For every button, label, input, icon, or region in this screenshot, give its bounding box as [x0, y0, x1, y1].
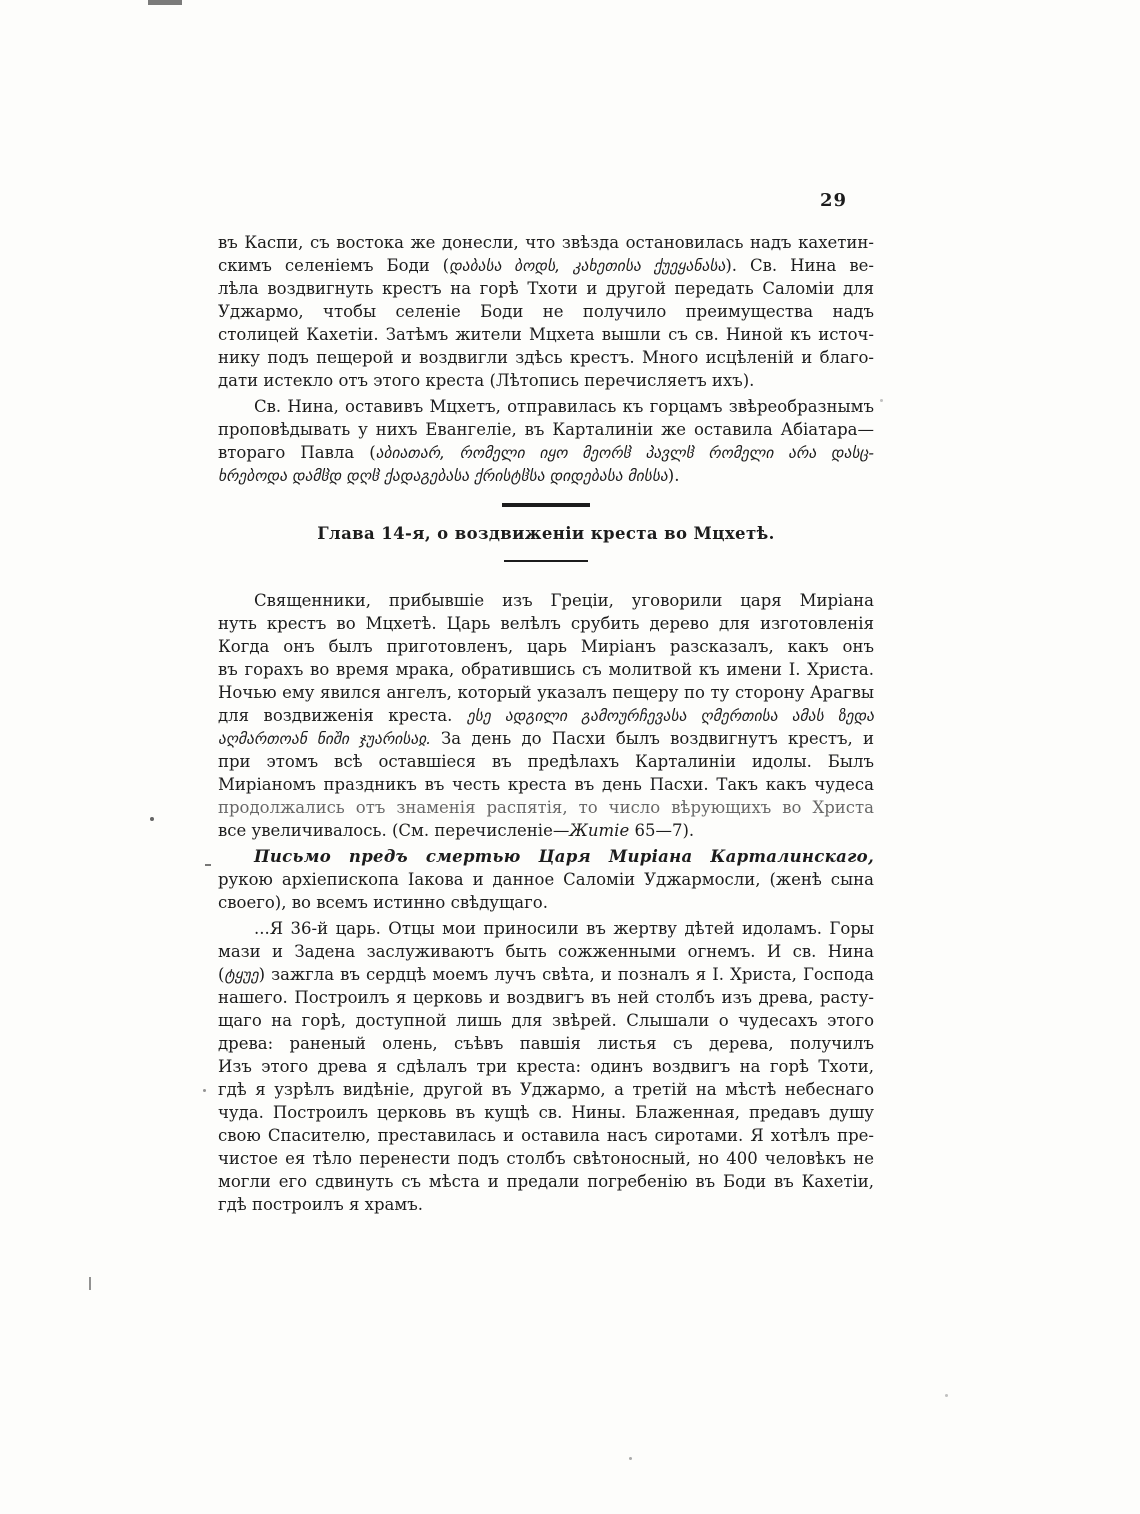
text-line: (ტყუე) зажгла въ сердцѣ моемъ лучъ свѣта…	[218, 963, 874, 986]
chapter-heading: Глава 14-я, о воздвиженіи креста во Мцхе…	[218, 522, 874, 545]
body-text: дати истекло отъ этого креста (Лѣтопись …	[218, 371, 754, 390]
paragraph-2: Св. Нина, оставивъ Мцхетъ, отправилась к…	[218, 395, 874, 487]
body-text: своего), во всемъ истинно свѣдущаго.	[218, 893, 548, 912]
text-line: Священники, прибывшіе изъ Греціи, уговор…	[218, 589, 874, 612]
text-line: гдѣ построилъ я храмъ.	[218, 1193, 874, 1216]
body-text: Св. Нина, оставивъ Мцхетъ, отправилась к…	[254, 397, 874, 416]
body-text: гдѣ построилъ я храмъ.	[218, 1195, 423, 1214]
emphasized-text: Житіе	[569, 821, 629, 840]
scan-dot-left-1	[150, 817, 154, 821]
body-text: при этомъ всѣ оставшіеся въ предѣлахъ Ка…	[218, 752, 874, 773]
body-text: древа: раненый олень, съѣвъ павшія листь…	[218, 1034, 874, 1055]
text-line: столицей Кахетіи. Затѣмъ жители Мцхета в…	[218, 323, 874, 346]
paragraph-1: въ Каспи, съ востока же донесли, что звѣ…	[218, 231, 874, 392]
scanned-book-page: { "page": { "number": "29", "background_…	[0, 0, 1140, 1514]
text-line: все увеличивалось. (См. перечисленіе—Жит…	[218, 819, 874, 842]
emphasized-text: Письмо предъ смертью Царя Миріана Картал…	[254, 847, 874, 866]
body-text: ) зажгла въ сердцѣ моемъ лучъ свѣта, и п…	[259, 965, 874, 984]
text-line: щаго на горѣ, доступной лишь для звѣрей.…	[218, 1009, 874, 1032]
body-text: могли его сдвинуть съ мѣста и предали по…	[218, 1172, 874, 1191]
body-text: все увеличивалось. (См. перечисленіе—	[218, 821, 569, 840]
text-line: нашего. Построилъ я церковь и воздвигъ в…	[218, 986, 874, 1009]
scan-dash-left	[205, 864, 211, 866]
body-text: въ Каспи, съ востока же донесли, что звѣ…	[218, 233, 874, 252]
body-text: нашего. Построилъ я церковь и воздвигъ в…	[218, 988, 874, 1007]
body-text: свою Спасителю, преставилась и оставила …	[218, 1126, 874, 1145]
scan-dot-right	[945, 1394, 948, 1397]
text-line: Ночью ему явился ангелъ, который указалъ…	[218, 681, 874, 704]
text-line: втораго Павла (აბიათარ, რომელი იყო მეორჱ…	[218, 441, 874, 464]
text-line: Миріаномъ праздникъ въ честь креста въ д…	[218, 773, 874, 796]
body-text: Уджармо, чтобы селеніе Боди не получило …	[218, 302, 874, 323]
text-line: въ Каспи, съ востока же донесли, что звѣ…	[218, 231, 874, 254]
text-line: нику подъ пещерой и воздвигли здѣсь крес…	[218, 346, 874, 369]
section-divider-thick	[502, 503, 590, 507]
body-text: 65—7).	[629, 821, 694, 840]
georgian-text: ტყუე	[224, 966, 258, 984]
paragraph-5: ...Я 36-й царь. Отцы мои приносили въ же…	[218, 917, 874, 1216]
text-line: Письмо предъ смертью Царя Миріана Картал…	[218, 845, 874, 868]
text-line: гдѣ я узрѣлъ видѣніе, другой въ Уджармо,…	[218, 1078, 874, 1101]
text-line: проповѣдывать у нихъ Евангеліе, въ Карта…	[218, 418, 874, 441]
body-text: нуть крестъ во Мцхетѣ. Царь велѣлъ сруби…	[218, 614, 874, 635]
body-text: ).	[668, 466, 680, 485]
body-text: Миріаномъ праздникъ въ честь креста въ д…	[218, 775, 874, 794]
scan-dot-left-2	[203, 1089, 206, 1092]
paragraph-4: Письмо предъ смертью Царя Миріана Картал…	[218, 845, 874, 914]
scan-dot-margin-r	[880, 399, 883, 402]
body-text: щаго на горѣ, доступной лишь для звѣрей.…	[218, 1011, 874, 1030]
text-line: აღმართოან ნიში ჯუარისაჲ. За день до Пасх…	[218, 727, 874, 750]
georgian-text: აღმართოან ნიში ჯუარისაჲ.	[218, 730, 441, 748]
text-line: въ горахъ во время мрака, обратившись съ…	[218, 658, 874, 681]
body-text: Изъ этого древа я сдѣлалъ три креста: од…	[218, 1057, 874, 1076]
text-line: лѣла воздвигнуть крестъ на горѣ Тхоти и …	[218, 277, 874, 300]
text-column: въ Каспи, съ востока же донесли, что звѣ…	[218, 231, 874, 1216]
text-line: древа: раненый олень, съѣвъ павшія листь…	[218, 1032, 874, 1055]
text-line: могли его сдвинуть съ мѣста и предали по…	[218, 1170, 874, 1193]
section-divider-thin	[504, 560, 588, 562]
body-text: скимъ селеніемъ Боди (	[218, 256, 449, 275]
text-line: Св. Нина, оставивъ Мцхетъ, отправилась к…	[218, 395, 874, 418]
body-text: втораго Павла (	[218, 443, 376, 462]
body-text: рукою архіепископа Іакова и данное Салом…	[218, 870, 874, 889]
text-line: скимъ селеніемъ Боди (დაბასა ბოდს, კახეთ…	[218, 254, 874, 277]
body-text: гдѣ я узрѣлъ видѣніе, другой въ Уджармо,…	[218, 1080, 874, 1099]
paragraph-3: Священники, прибывшіе изъ Греціи, уговор…	[218, 589, 874, 842]
georgian-text: დაბასა ბოდს, კახეთისა ქუეყანასა	[449, 257, 725, 275]
body-text: чуда. Построилъ церковь въ кущѣ св. Нины…	[218, 1103, 874, 1122]
page-number: 29	[820, 190, 847, 211]
body-text: Ночью ему явился ангелъ, который указалъ…	[218, 683, 874, 702]
text-line: нуть крестъ во Мцхетѣ. Царь велѣлъ сруби…	[218, 612, 874, 635]
scan-dot-bottom	[629, 1457, 632, 1460]
georgian-text: აბიათარ, რომელი იყო მეორჱ პავლჱ რომელი ა…	[376, 444, 874, 462]
text-line: для воздвиженія креста. ესე ადგილი გამოუ…	[218, 704, 874, 727]
body-text: За день до Пасхи былъ воздвигнутъ крестъ…	[441, 729, 874, 748]
text-line: дати истекло отъ этого креста (Лѣтопись …	[218, 369, 874, 392]
text-line: чуда. Построилъ церковь въ кущѣ св. Нины…	[218, 1101, 874, 1124]
scan-smudge-top	[148, 0, 182, 5]
body-text: мази и Задена заслуживаютъ быть сожженны…	[218, 942, 874, 963]
text-line: продолжались отъ знаменія распятія, то ч…	[218, 796, 874, 819]
body-text: столицей Кахетіи. Затѣмъ жители Мцхета в…	[218, 325, 874, 344]
georgian-text: ესე ადგილი გამოურჩევასა ღმერთისა ამას ზე…	[467, 707, 874, 725]
text-line: чистое ея тѣло перенести подъ столбъ свѣ…	[218, 1147, 874, 1170]
text-line: при этомъ всѣ оставшіеся въ предѣлахъ Ка…	[218, 750, 874, 773]
text-line: мази и Задена заслуживаютъ быть сожженны…	[218, 940, 874, 963]
text-line: свою Спасителю, преставилась и оставила …	[218, 1124, 874, 1147]
body-text: Священники, прибывшіе изъ Греціи, уговор…	[218, 591, 874, 612]
body-text: лѣла воздвигнуть крестъ на горѣ Тхоти и …	[218, 279, 874, 298]
text-line: Уджармо, чтобы селеніе Боди не получило …	[218, 300, 874, 323]
text-line: Когда онъ былъ приготовленъ, царь Миріан…	[218, 635, 874, 658]
text-line: рукою архіепископа Іакова и данное Салом…	[218, 868, 874, 891]
text-line: своего), во всемъ истинно свѣдущаго.	[218, 891, 874, 914]
text-line: ...Я 36-й царь. Отцы мои приносили въ же…	[218, 917, 874, 940]
body-text: Когда онъ былъ приготовленъ, царь Миріан…	[218, 637, 874, 658]
text-line: Изъ этого древа я сдѣлалъ три креста: од…	[218, 1055, 874, 1078]
body-text: ). Св. Нина ве-	[725, 256, 874, 275]
body-text: въ горахъ во время мрака, обратившись съ…	[218, 660, 874, 679]
body-text: продолжались отъ знаменія распятія, то ч…	[218, 798, 874, 817]
body-text: чистое ея тѣло перенести подъ столбъ свѣ…	[218, 1149, 874, 1168]
scan-tick-left	[89, 1277, 91, 1290]
body-text: нику подъ пещерой и воздвигли здѣсь крес…	[218, 348, 874, 367]
georgian-text: ხრებოდა დამჱდ დღჱ ქადაგებასა ქრისტჱსა დი…	[218, 467, 668, 485]
text-line: ხრებოდა დამჱდ დღჱ ქადაგებასა ქრისტჱსა დი…	[218, 464, 874, 487]
body-text: для воздвиженія креста.	[218, 706, 467, 725]
body-text: ...Я 36-й царь. Отцы мои приносили въ же…	[218, 919, 874, 940]
body-text: проповѣдывать у нихъ Евангеліе, въ Карта…	[218, 420, 874, 439]
